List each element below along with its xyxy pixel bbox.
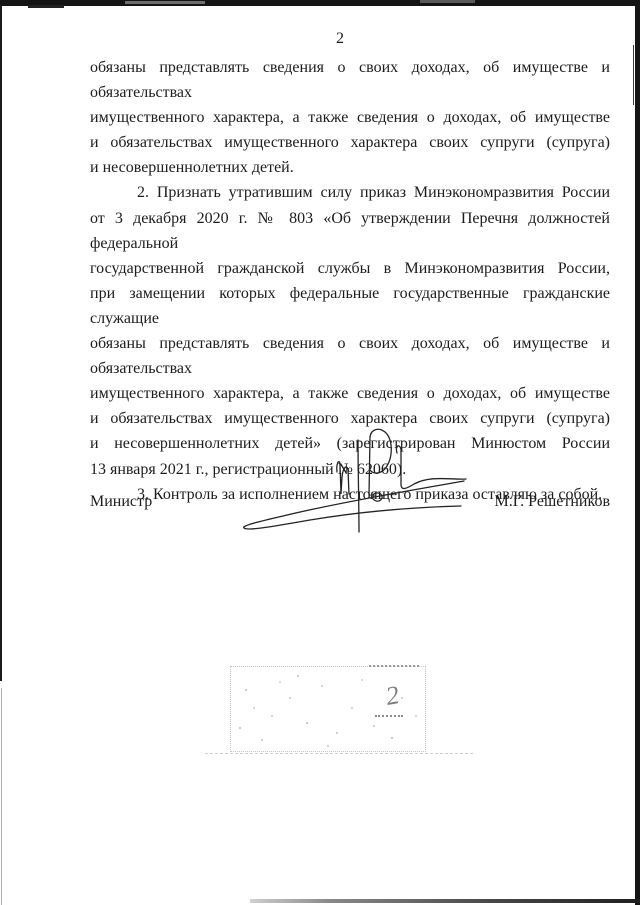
text-line: и обязательствах имущественного характер… <box>90 130 610 155</box>
stamp-mark: 2 <box>383 680 401 712</box>
scan-edge-top-artifact <box>420 0 475 3</box>
text-line: обязаны представлять сведения о своих до… <box>90 55 610 105</box>
text-line: обязаны представлять сведения о своих до… <box>90 331 610 381</box>
stamp-noise <box>231 667 233 669</box>
scan-edge-left-faint <box>1 688 2 905</box>
scan-edge-top-artifact <box>125 1 205 4</box>
stamp-mark-underline <box>375 715 403 717</box>
text-line: от 3 декабря 2020 г. № 803 «Об утвержден… <box>90 206 610 256</box>
stamp: 2 <box>230 666 426 752</box>
text-line: государственной гражданской службы в Мин… <box>90 256 610 281</box>
scan-edge-bottom <box>250 899 640 903</box>
stamp-bottom-artifact <box>205 753 473 754</box>
scan-edge-right-artifact <box>633 45 634 105</box>
text-line: имущественного характера, а также сведен… <box>90 105 610 130</box>
page-number: 2 <box>90 30 590 48</box>
text-line: 2. Признать утратившим силу приказ Минэк… <box>90 180 610 205</box>
text-line: и несовершеннолетних детей. <box>90 155 610 180</box>
stamp-edge-artifact <box>369 665 419 667</box>
text-line: имущественного характера, а также сведен… <box>90 381 610 406</box>
signature-image <box>225 423 475 543</box>
scan-edge-right <box>635 0 640 905</box>
text-line: при замещении которых федеральные госуда… <box>90 281 610 331</box>
document-page: 2 обязаны представлять сведения о своих … <box>0 0 640 905</box>
scan-edge-top-artifact <box>28 5 64 8</box>
paragraph-continuation: обязаны представлять сведения о своих до… <box>90 55 610 180</box>
signatory-title: Министр <box>90 489 152 514</box>
scan-edge-top <box>0 0 640 6</box>
signatory-name: М.Г. Решетников <box>494 489 610 514</box>
scan-edge-left <box>0 5 2 681</box>
